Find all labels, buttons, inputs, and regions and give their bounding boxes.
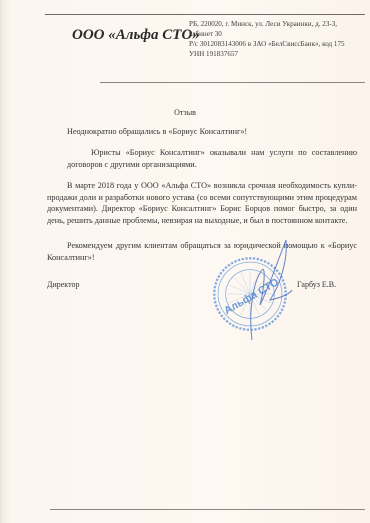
document-title: Отзыв [0, 108, 370, 117]
company-name: ООО «Альфа СТО» [72, 27, 200, 44]
address-line: кабинет 30 [189, 29, 369, 39]
letterhead-top-rule [45, 14, 365, 15]
paragraph-case: В марте 2018 года у ООО «Альфа СТО» возн… [47, 180, 357, 226]
address-line: Р/с 3012083143006 в ЗАО «БелСвиссБанк», … [189, 39, 369, 49]
address-line: УНН 191837657 [189, 49, 369, 59]
address-line: РБ, 220020, г. Минск, ул. Леси Украинки,… [189, 19, 369, 29]
signatory-role: Директор [47, 280, 79, 289]
scanned-letter-page: ООО «Альфа СТО» РБ, 220020, г. Минск, ул… [0, 0, 370, 523]
handwritten-signature-icon [240, 230, 300, 350]
paragraph-recommendation: Рекомендуем другим клиентам обращаться з… [47, 240, 357, 263]
paragraph-services: Юристы «Бориус Консалтинг» оказывали нам… [67, 147, 357, 170]
company-address: РБ, 220020, г. Минск, ул. Леси Украинки,… [189, 19, 369, 59]
paragraph-intro: Неоднократно обращались в «Бориус Консал… [67, 126, 357, 138]
signatory-name: Гарбуз Е.В. [297, 280, 336, 289]
letterhead-bottom-rule [100, 82, 365, 83]
footer-rule [50, 509, 365, 510]
